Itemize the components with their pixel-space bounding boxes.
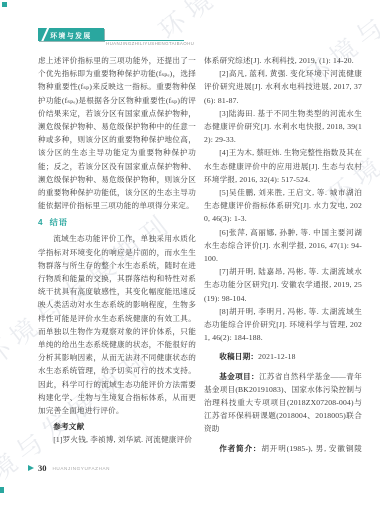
received-date-label: 收稿日期： (219, 352, 258, 361)
reference-item: [8]胡开明, 李明月, 冯彬, 等. 太湖流域生态功能综合评价研究[J]. 环… (204, 305, 362, 345)
left-column: 虑上述评价指标里的三项功能外，还提出了一个优先指标即为重要物种保护功能(fₛₚₑ… (38, 54, 196, 456)
references-title: 参考文献 (38, 420, 196, 433)
header-rule (104, 28, 184, 41)
right-column: 体系研究综述[J]. 水利科技, 2019, (1): 14-20. [2]高凡… (204, 54, 362, 456)
section-title: 结语 (50, 218, 68, 227)
header-pinyin: HUANJINGZHILIYUSHENGTAIBAOHU (106, 41, 224, 46)
reference-item: [2]高凡, 蓝利, 黄强. 变化环境下河流健康评价研究进展[J]. 水利水电科… (204, 67, 362, 107)
journal-name: 环境与发展 (50, 30, 91, 40)
paragraph-continuation: 虑上述评价指标里的三项功能外，还提出了一个优先指标即为重要物种保护功能(fₛₚₑ… (38, 54, 196, 212)
conclusion-paragraph: 流域生态功能评价工作，单独采用水质化学指标对环境变化的响应是片面的，而水生生物群… (38, 232, 196, 417)
reference-item: [6]张萍, 高丽娜, 孙翀, 等. 中国主要河湖水生态综合评价[J]. 水利学… (204, 226, 362, 266)
fund-project-label: 基金项目： (219, 372, 259, 381)
journal-name-badge: 环境与发展 (38, 28, 104, 41)
article-body: 虑上述评价指标里的三项功能外，还提出了一个优先指标即为重要物种保护功能(fₛₚₑ… (38, 54, 362, 456)
footer-journal-pinyin: HUANJINGYUFAZHAN (53, 466, 111, 471)
reference-item: [7]胡开明, 陆嘉昂, 冯彬, 等. 太湖流域水生态功能分区研究[J]. 安徽… (204, 265, 362, 305)
reference-item: [4]王为木, 蔡旺炜. 生物完整性指数及其在水生态健康评价中的应用进展[J].… (204, 146, 362, 186)
reference-item: [3]陆海田. 基于不同生物类型的河流水生态健康评价研究[J]. 水利水电快报,… (204, 107, 362, 147)
received-date: 收稿日期：2021-12-18 (204, 350, 362, 363)
print-mark (0, 487, 4, 493)
reference-item: [1]罗火钱, 李祯博, 刘华斌. 河流健康评价 (38, 433, 196, 446)
received-date-value: 2021-12-18 (258, 352, 295, 361)
triangle-icon (28, 465, 34, 471)
section-heading-conclusion: 4结语 (38, 217, 196, 228)
reference-item: 体系研究综述[J]. 水利科技, 2019, (1): 14-20. (204, 54, 362, 67)
journal-header: 环境与发展 HUANJINGZHILIYUSHENGTAIBAOHU (38, 28, 360, 41)
journal-page: 环境与发展期刊 环境与发展期刊 环境与发展期刊 环境与发展期刊 环境与发展期刊 … (0, 0, 380, 515)
page-number: 30 (38, 463, 47, 473)
author-bio-label: 作者简介： (219, 444, 261, 453)
print-mark (2, 2, 7, 7)
fund-project: 基金项目：江苏省自然科学基金——青年基金项目(BK20191083)、国家水体污… (204, 370, 362, 436)
reference-item: [5]吴佳鹏, 刘来胜, 王启文, 等. 城市湖泊生态健康评价指标体系研究[J]… (204, 186, 362, 226)
author-bio: 作者简介：胡开明(1985-), 男, 安徽铜陵人, 博士, 高级工程师, 主要… (204, 442, 362, 456)
page-footer: 30 HUANJINGYUFAZHAN (28, 463, 110, 473)
slash-decoration-icon (40, 28, 50, 41)
section-number: 4 (38, 218, 44, 227)
